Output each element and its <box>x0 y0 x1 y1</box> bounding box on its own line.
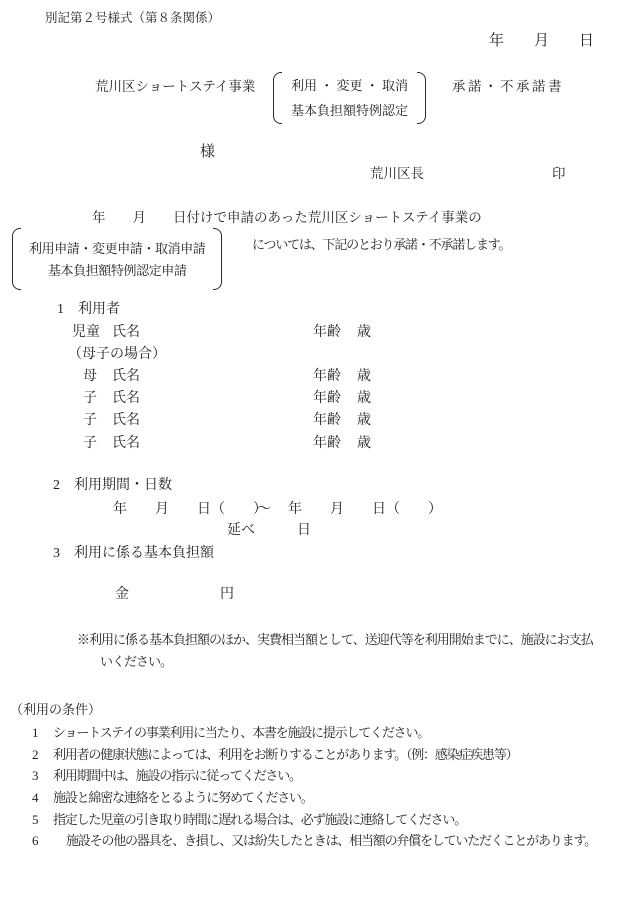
period-from-field: 年 月 日（ ） <box>113 501 267 519</box>
body-bracket-option-2: 基本負担額特例認定申請 <box>48 262 187 279</box>
section-2-heading: 2 利用期間・日数 <box>53 477 172 495</box>
age-label: 年齢 <box>313 324 341 342</box>
name-label: 氏名 <box>112 412 140 430</box>
condition-item-1: 1 ショートステイの事業利用に当たり、本書を施設に提示してください。 <box>0 725 630 745</box>
user-row-mother: 母 氏名 年齢 歳 <box>0 368 630 388</box>
condition-number: 4 <box>32 790 39 806</box>
body-line-1: 年 月 日付けで申請のあった荒川区ショートステイ事業の <box>92 210 482 227</box>
body-bracket-group: 利用申請・変更申請・取消申請 基本負担額特例認定申請 <box>12 228 222 290</box>
payment-note-line-1: ※利用に係る基本負担額のほか、実費相当額として、送迎代等を利用開始までに、施設に… <box>77 632 593 648</box>
title-bracket-group: 利用 ・ 変更 ・ 取消 基本負担額特例認定 <box>273 72 426 124</box>
age-unit-label: 歳 <box>357 412 371 430</box>
left-bracket-icon <box>273 72 282 124</box>
user-row-child-2: 子 氏名 年齢 歳 <box>0 412 630 432</box>
total-days-label: 延べ <box>227 522 255 540</box>
body-bracket-option-1: 利用申請・変更申請・取消申請 <box>29 240 205 257</box>
name-label: 氏名 <box>112 368 140 386</box>
name-label: 氏名 <box>112 324 140 342</box>
total-days-line: 延べ 日 <box>0 522 630 542</box>
total-days-unit: 日 <box>297 522 311 540</box>
amount-unit-label: 円 <box>220 586 234 604</box>
left-bracket-icon <box>12 228 21 290</box>
name-label: 氏名 <box>112 435 140 453</box>
section-1-heading: 1 利用者 <box>57 301 120 319</box>
payment-note-line-2: いください。 <box>100 654 172 670</box>
condition-item-2: 2 利用者の健康状態によっては、利用をお断りすることがあります。（例：感染症疾患… <box>0 747 630 767</box>
document-page: 別記第２号様式（第８条関係） 年 月 日 荒川区ショートステイ事業 利用 ・ 変… <box>0 0 630 903</box>
amount-line: 金 円 <box>0 586 630 606</box>
user-row-child-1: 子 氏名 年齢 歳 <box>0 390 630 410</box>
period-to-field: 年 月 日（ ） <box>288 501 442 519</box>
condition-number: 6 <box>32 833 39 849</box>
body-line-2: については、下記のとおり承諾・不承諾します。 <box>252 237 510 253</box>
role-label: 子 <box>83 390 97 408</box>
mother-child-note: （母子の場合） <box>68 346 166 364</box>
age-unit-label: 歳 <box>357 324 371 342</box>
age-label: 年齢 <box>313 390 341 408</box>
condition-number: 2 <box>32 747 39 763</box>
title-prefix: 荒川区ショートステイ事業 <box>95 79 255 96</box>
condition-text: 利用者の健康状態によっては、利用をお断りすることがあります。（例：感染症疾患等） <box>53 747 517 763</box>
title-suffix: 承諾・不承諾書 <box>452 79 564 96</box>
role-label: 母 <box>83 368 97 386</box>
date-field: 年 月 日 <box>489 32 594 51</box>
period-line: 年 月 日（ ） ～ 年 月 日（ ） <box>0 501 630 521</box>
condition-text: 指定した児童の引き取り時間に遅れる場合は、必ず施設に連絡してください。 <box>53 812 466 828</box>
name-label: 氏名 <box>112 390 140 408</box>
age-unit-label: 歳 <box>357 435 371 453</box>
age-label: 年齢 <box>313 435 341 453</box>
user-row-child: 児童 氏名 年齢 歳 <box>0 324 630 344</box>
age-label: 年齢 <box>313 368 341 386</box>
role-label: 児童 <box>72 324 100 342</box>
age-label: 年齢 <box>313 412 341 430</box>
condition-number: 1 <box>32 725 39 741</box>
issuer-name: 荒川区長 <box>370 166 424 183</box>
title-bracket-option-2: 基本負担額特例認定 <box>291 102 408 119</box>
age-unit-label: 歳 <box>357 390 371 408</box>
addressee-honorific: 様 <box>200 143 215 162</box>
issuer-seal: 印 <box>552 166 566 183</box>
amount-prefix-label: 金 <box>115 586 129 604</box>
condition-text: 利用期間中は、施設の指示に従ってください。 <box>53 768 301 784</box>
form-number: 別記第２号様式（第８条関係） <box>45 11 220 27</box>
condition-item-5: 5 指定した児童の引き取り時間に遅れる場合は、必ず施設に連絡してください。 <box>0 812 630 832</box>
condition-item-6: 6 施設その他の器具を、き損し、又は紛失したときは、相当額の弁償をしていただくこ… <box>0 833 630 853</box>
condition-item-4: 4 施設と綿密な連絡をとるように努めてください。 <box>0 790 630 810</box>
right-bracket-icon <box>213 228 222 290</box>
role-label: 子 <box>83 435 97 453</box>
conditions-title: （利用の条件） <box>10 702 101 718</box>
role-label: 子 <box>83 412 97 430</box>
age-unit-label: 歳 <box>357 368 371 386</box>
condition-text: 施設その他の器具を、き損し、又は紛失したときは、相当額の弁償をしていただくことが… <box>66 833 596 849</box>
condition-text: 施設と綿密な連絡をとるように努めてください。 <box>53 790 313 806</box>
title-bracket-option-1: 利用 ・ 変更 ・ 取消 <box>291 77 408 94</box>
user-row-child-3: 子 氏名 年齢 歳 <box>0 435 630 455</box>
condition-text: ショートステイの事業利用に当たり、本書を施設に提示してください。 <box>53 725 429 741</box>
tilde-separator: ～ <box>257 501 271 519</box>
condition-number: 3 <box>32 768 39 784</box>
section-3-heading: 3 利用に係る基本負担額 <box>53 545 214 563</box>
condition-number: 5 <box>32 812 39 828</box>
right-bracket-icon <box>417 72 426 124</box>
condition-item-3: 3 利用期間中は、施設の指示に従ってください。 <box>0 768 630 788</box>
